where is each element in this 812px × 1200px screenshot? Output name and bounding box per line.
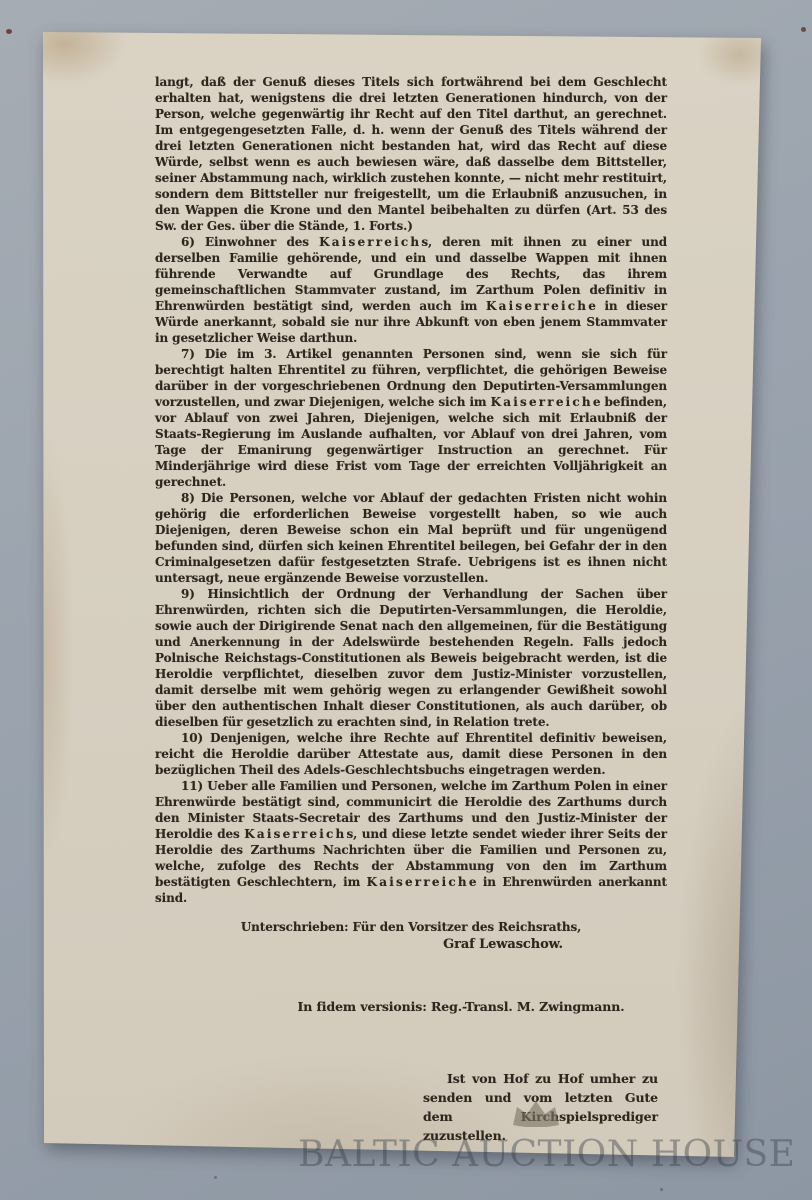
paragraph-item-9: 9) Hinsichtlich der Ordnung der Verhandl… bbox=[155, 586, 667, 730]
paragraph-item-6: 6) Einwohner des K a i s e r r e i c h s… bbox=[155, 234, 667, 346]
signature-block: Unterschrieben: Für den Vorsitzer des Re… bbox=[155, 919, 667, 953]
paragraph-item-7: 7) Die im 3. Artikel genannten Personen … bbox=[155, 346, 667, 490]
paragraph-continuation: langt, daß der Genuß dieses Titels sich … bbox=[155, 74, 667, 234]
paragraph-item-8: 8) Die Personen, welche vor Ablauf der g… bbox=[155, 490, 667, 586]
paragraph-item-11: 11) Ueber alle Familien und Personen, we… bbox=[155, 778, 667, 906]
paragraph-item-10: 10) Denjenigen, welche ihre Rechte auf E… bbox=[155, 730, 667, 778]
document-text-block: langt, daß der Genuß dieses Titels sich … bbox=[155, 74, 667, 1145]
signatory-name: Graf Lewaschow. bbox=[247, 937, 759, 953]
photo-background: langt, daß der Genuß dieses Titels sich … bbox=[0, 0, 812, 1200]
circulation-note: Ist von Hof zu Hof umher zu senden und v… bbox=[423, 1069, 658, 1145]
attestation-line: In fidem versionis: Reg.-Transl. M. Zwin… bbox=[205, 999, 717, 1015]
signature-line: Unterschrieben: Für den Vorsitzer des Re… bbox=[155, 919, 667, 935]
